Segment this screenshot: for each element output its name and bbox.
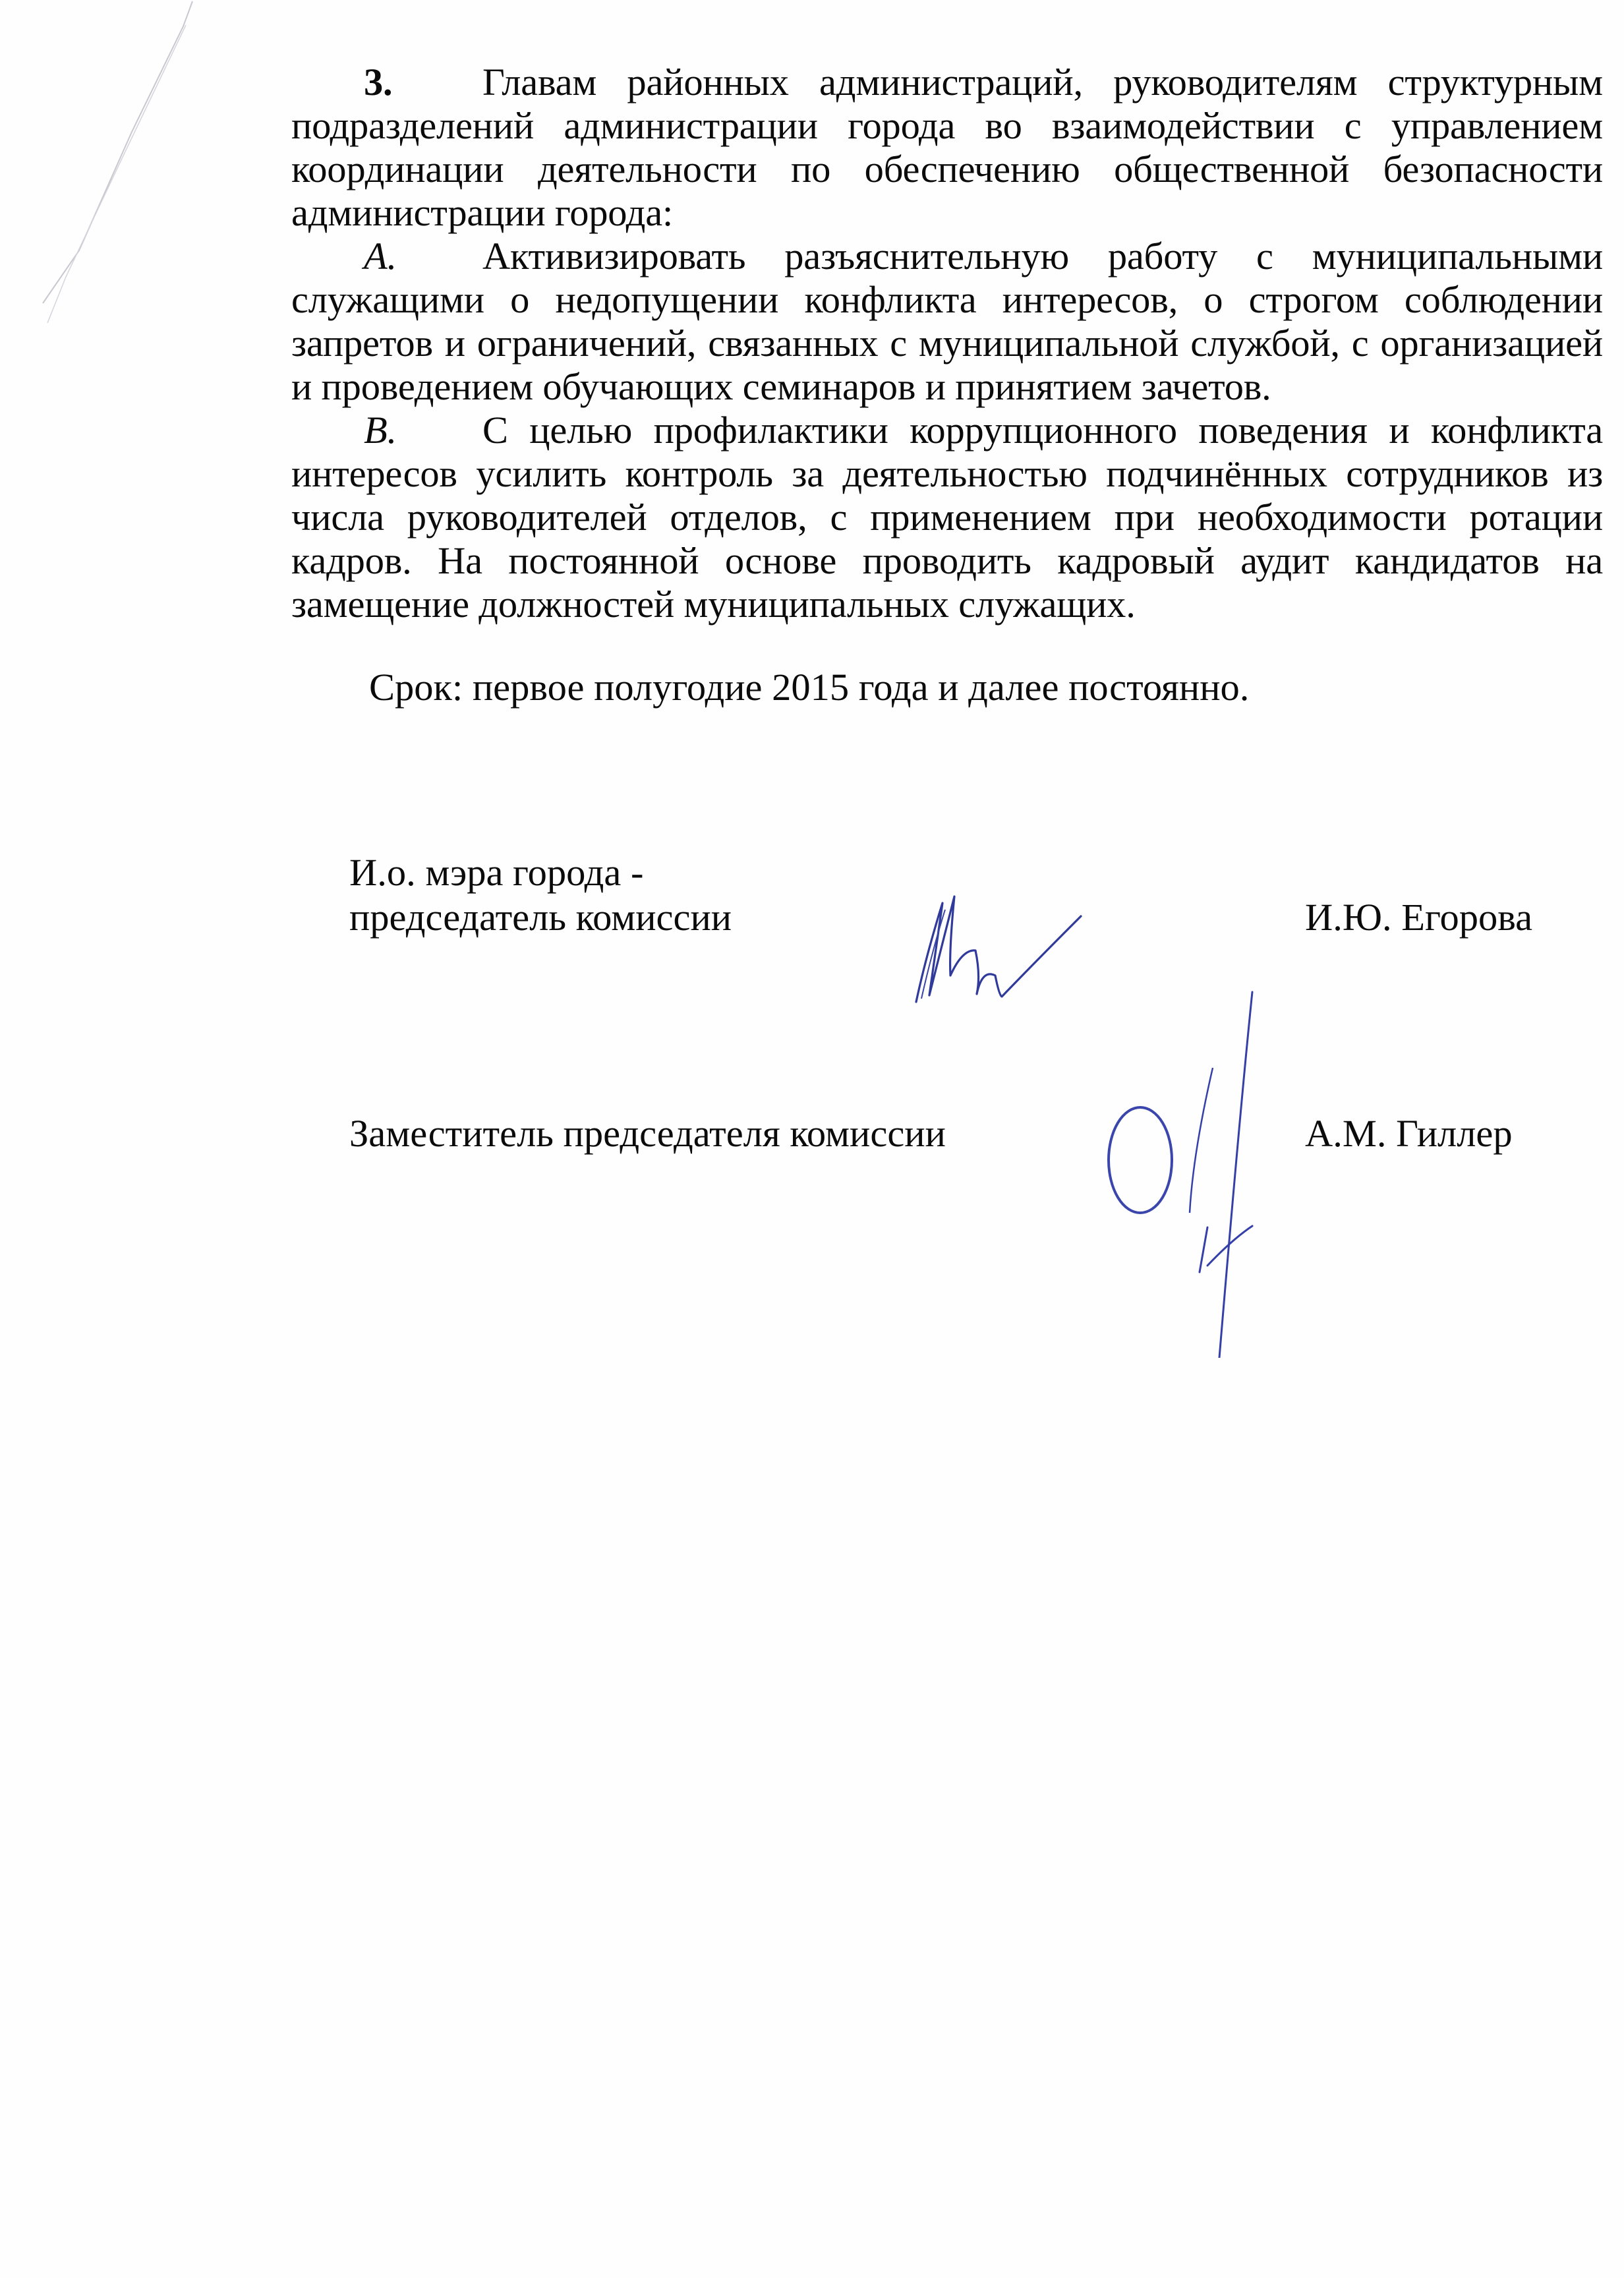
item-text: С целью профилактики коррупционного пове… [291,409,1603,626]
paragraph-3: 3.Главам районных администраций, руковод… [291,61,1603,235]
paragraph-number: 3. [291,61,482,104]
signatory-1-title: И.о. мэра города - председатель комиссии [349,850,732,940]
item-letter: А. [291,235,482,278]
signatory-title-line: И.о. мэра города - [349,850,732,895]
item-letter: В. [291,409,482,452]
signatory-2-title: Заместитель председателя комиссии [349,1111,946,1156]
scan-edge-mark [0,0,264,330]
item-text: Активизировать разъяснительную работу с … [291,235,1603,408]
signature-2-icon [1041,989,1265,1358]
item-b: В.С целью профилактики коррупционного по… [291,409,1603,626]
deadline-text: Срок: первое полугодие 2015 года и далее… [369,666,1249,709]
document-page: 3.Главам районных администраций, руковод… [0,0,1624,2278]
signatory-title-line: председатель комиссии [349,895,732,940]
signatory-2-name: А.М. Гиллер [1305,1111,1513,1156]
signatory-1-name: И.Ю. Егорова [1305,895,1532,940]
item-a: А.Активизировать разъяснительную работу … [291,235,1603,409]
paragraph-text: Главам районных администраций, руководит… [291,61,1603,234]
document-body: 3.Главам районных администраций, руковод… [291,61,1603,626]
